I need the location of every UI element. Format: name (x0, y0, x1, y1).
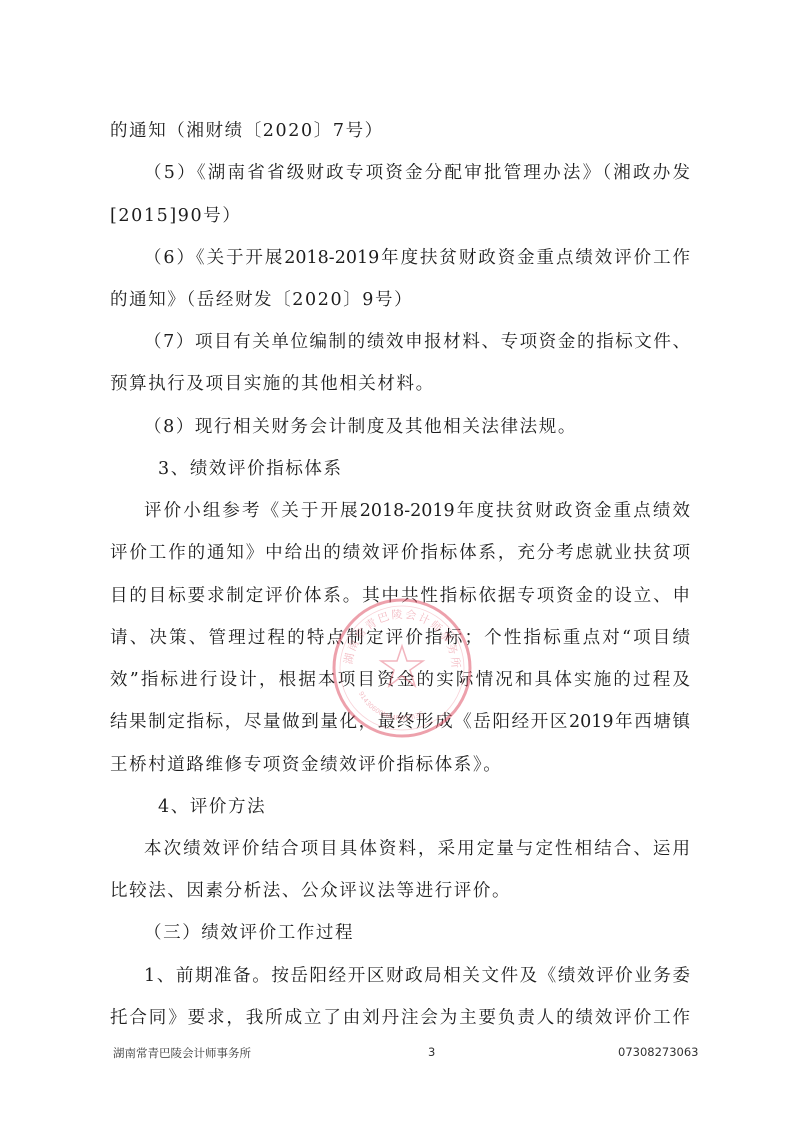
text-line: 请、决策、管理过程的特点制定评价指标；个性指标重点对“项目绩 (110, 627, 690, 649)
text-line: 的通知（湘财绩〔2020〕7号） (110, 120, 690, 142)
text-line: 托合同》要求，我所成立了由刘丹注会为主要负责人的绩效评价工作 (110, 1007, 690, 1029)
text-line: （5）《湖南省省级财政专项资金分配审批管理办法》（湘政办发 (144, 162, 690, 184)
footer-firm-name: 湖南常青巴陵会计师事务所 (113, 1045, 251, 1061)
text-line: 1、前期准备。按岳阳经开区财政局相关文件及《绩效评价业务委 (144, 965, 690, 987)
text-line: 比较法、因素分析法、公众评议法等进行评价。 (110, 880, 690, 902)
text-line: 4、评价方法 (158, 796, 690, 818)
text-line: 的通知》（岳经财发〔2020〕9号） (110, 289, 690, 311)
text-line: 结果制定指标，尽量做到量化，最终形成《岳阳经开区2019年西塘镇 (110, 711, 690, 733)
text-line: 本次绩效评价结合项目具体资料，采用定量与定性相结合、运用 (144, 838, 690, 860)
text-line: 目的目标要求制定评价体系。其中共性指标依据专项资金的设立、申 (110, 585, 690, 607)
text-line: （三）绩效评价工作过程 (144, 922, 690, 944)
text-line: 预算执行及项目实施的其他相关材料。 (110, 373, 690, 395)
text-line: （7）项目有关单位编制的绩效申报材料、专项资金的指标文件、 (144, 331, 690, 353)
text-line: 王桥村道路维修专项资金绩效评价指标体系》。 (110, 754, 690, 776)
footer-phone: 07308273063 (618, 1045, 698, 1059)
text-line: 效”指标进行设计，根据本项目资金的实际情况和具体实施的过程及 (110, 669, 690, 691)
text-line: 3、绩效评价指标体系 (158, 458, 690, 480)
footer-page-number: 3 (428, 1045, 435, 1059)
text-line: 评价小组参考《关于开展2018-2019年度扶贫财政资金重点绩效 (144, 500, 690, 522)
text-line: （6）《关于开展2018-2019年度扶贫财政资金重点绩效评价工作 (144, 247, 690, 269)
text-line: （8）现行相关财务会计制度及其他相关法律法规。 (144, 416, 690, 438)
text-line: 评价工作的通知》中给出的绩效评价指标体系，充分考虑就业扶贫项 (110, 542, 690, 564)
text-line: [2015]90号） (110, 205, 690, 227)
document-page: 的通知（湘财绩〔2020〕7号）（5）《湖南省省级财政专项资金分配审批管理办法》… (0, 0, 793, 1121)
